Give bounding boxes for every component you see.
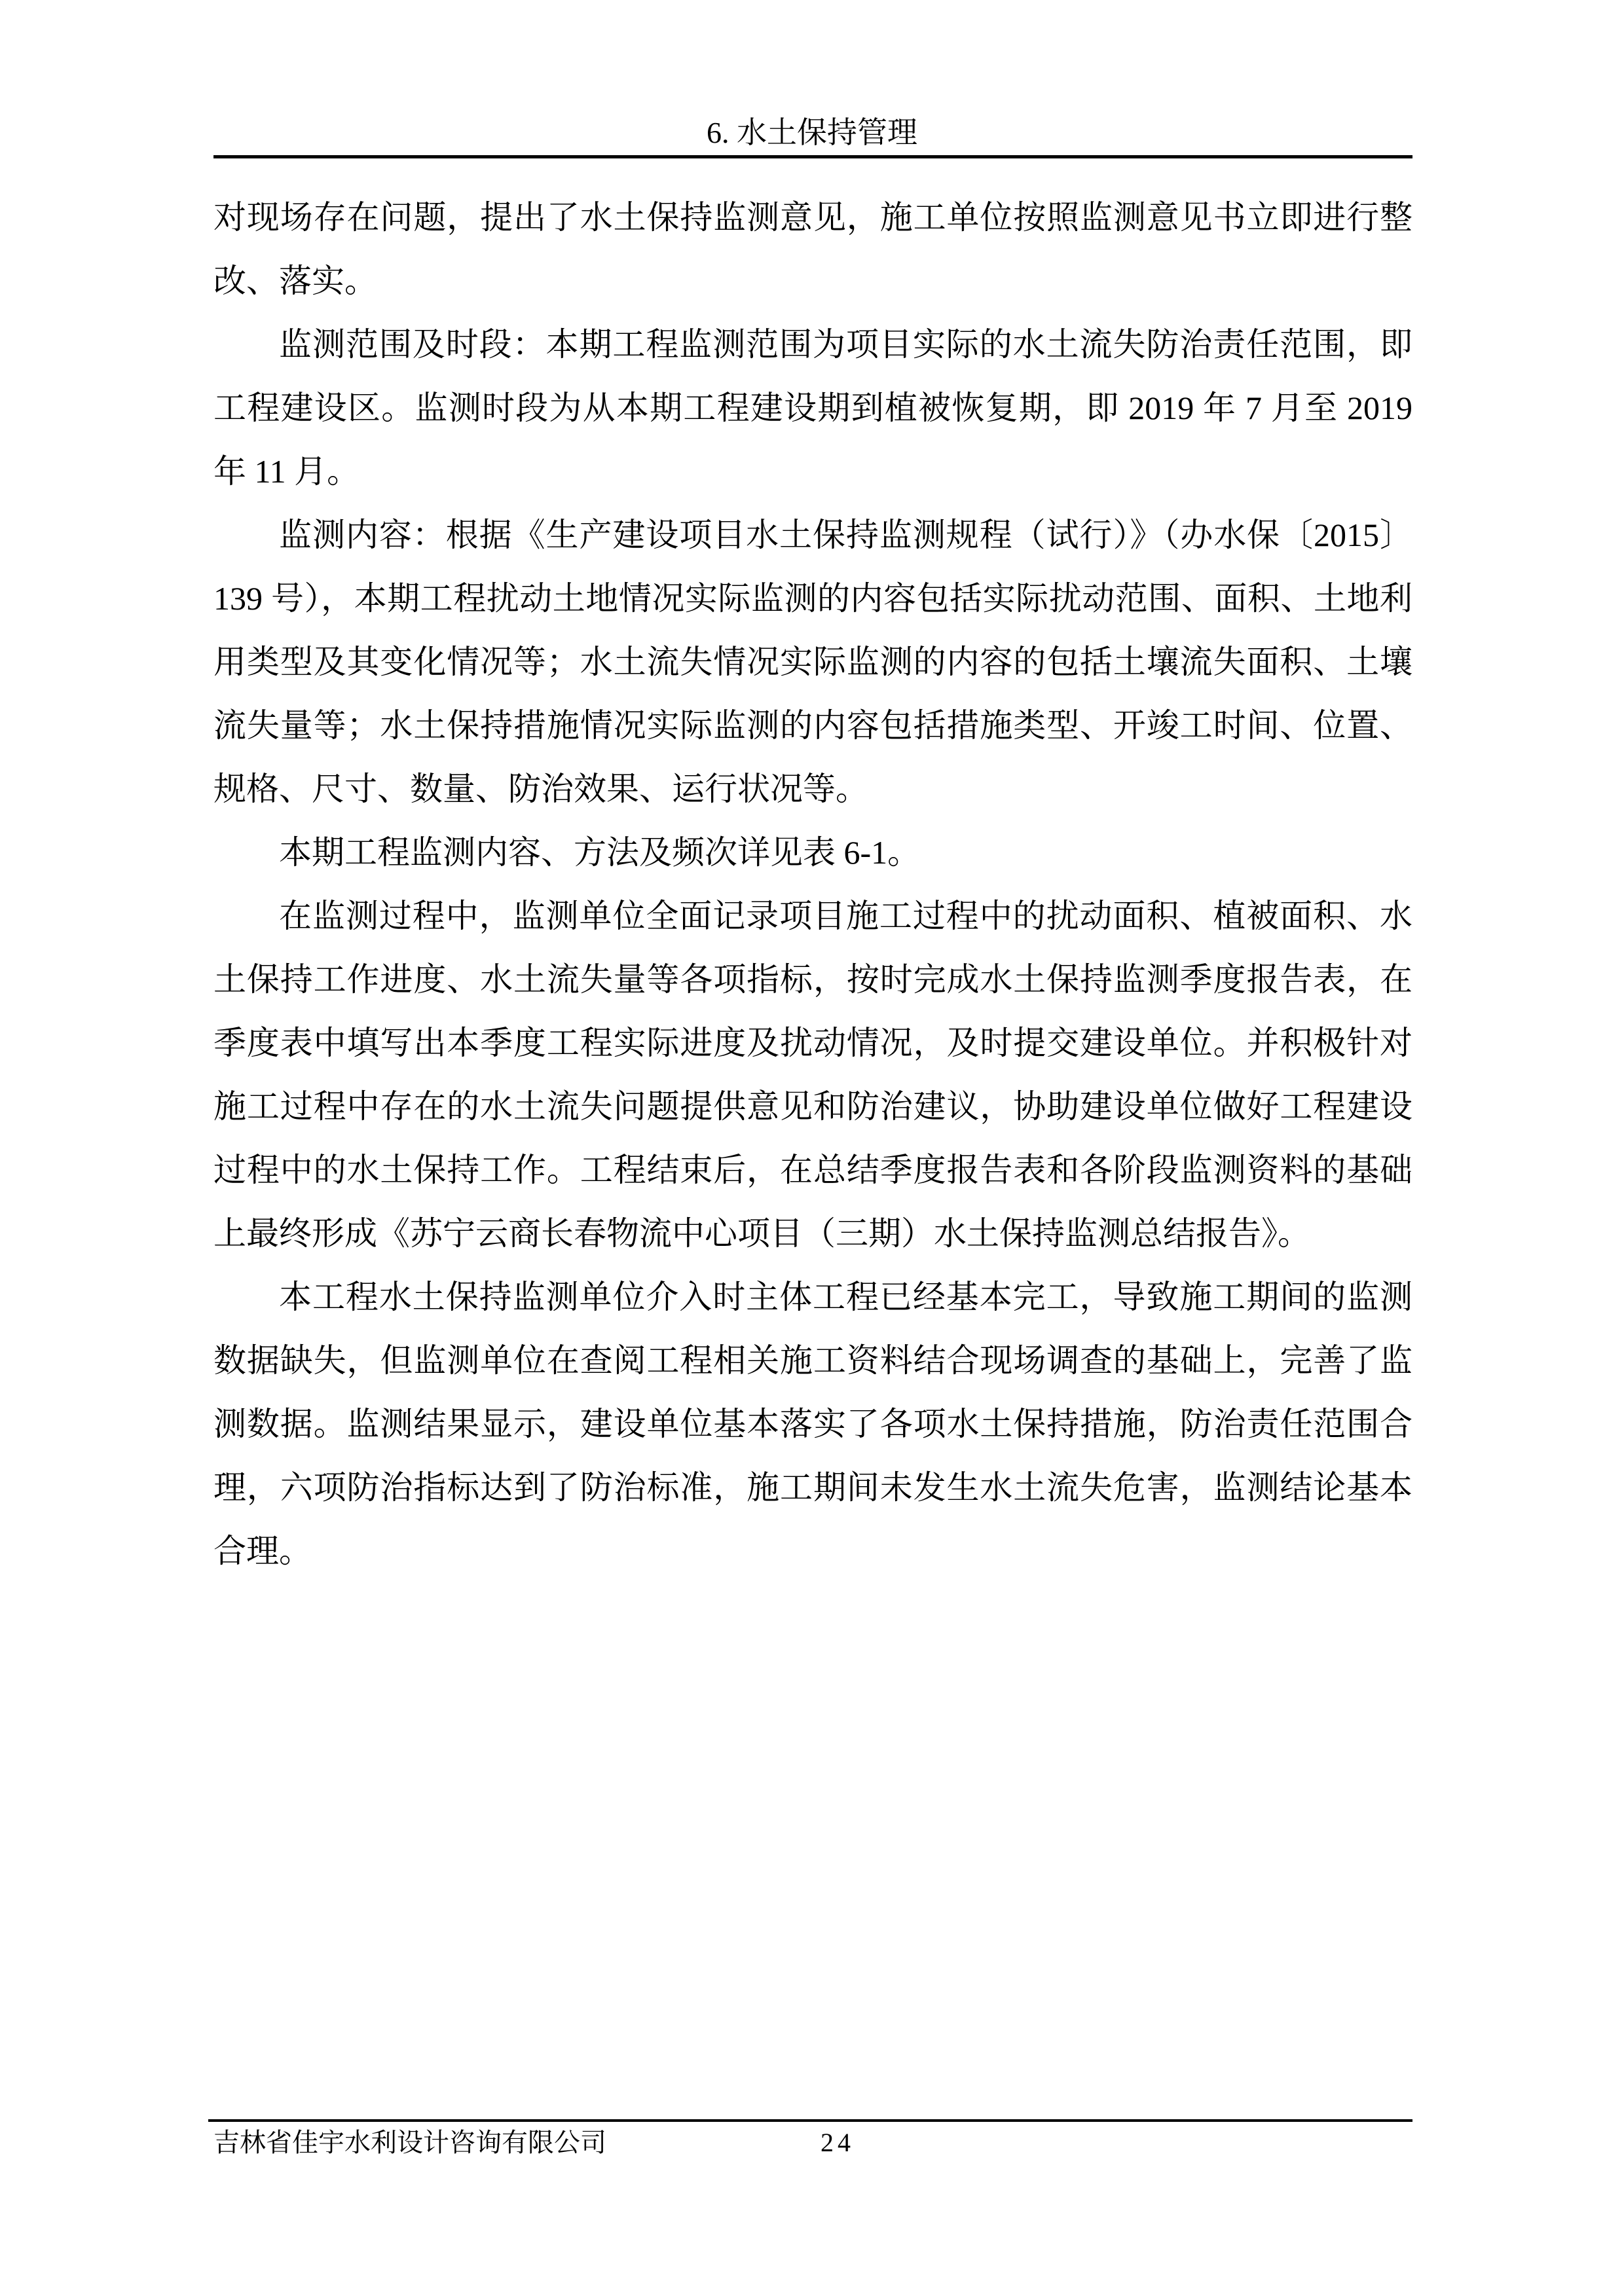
body-line: 本工程水土保持监测单位介入时主体工程已经基本完工，导致施工期间的监测 <box>213 1266 1412 1329</box>
document-page: 6. 水土保持管理 对现场存在问题，提出了水土保持监测意见，施工单位按照监测意见… <box>0 0 1624 2296</box>
page-header-title: 6. 水土保持管理 <box>0 117 1624 149</box>
body-line: 过程中的水土保持工作。工程结束后，在总结季度报告表和各阶段监测资料的基础 <box>213 1139 1412 1202</box>
body-line: 数据缺失，但监测单位在查阅工程相关施工资料结合现场调查的基础上，完善了监 <box>213 1329 1412 1393</box>
footer-company: 吉林省佳宇水利设计咨询有限公司 <box>213 2128 606 2158</box>
body-line: 用类型及其变化情况等；水土流失情况实际监测的内容的包括土壤流失面积、土壤 <box>213 630 1412 694</box>
body-line: 施工过程中存在的水土流失问题提供意见和防治建议，协助建设单位做好工程建设 <box>213 1075 1412 1139</box>
body-line: 理，六项防治指标达到了防治标准，施工期间未发生水土流失危害，监测结论基本 <box>213 1456 1412 1520</box>
document-body: 对现场存在问题，提出了水土保持监测意见，施工单位按照监测意见书立即进行整 改、落… <box>213 186 1412 1583</box>
body-line: 土保持工作进度、水土流失量等各项指标，按时完成水土保持监测季度报告表，在 <box>213 948 1412 1011</box>
body-line: 本期工程监测内容、方法及频次详见表 6-1。 <box>213 821 1412 884</box>
body-line: 改、落实。 <box>213 249 1412 313</box>
header-rule <box>213 155 1412 158</box>
body-line: 年 11 月。 <box>213 440 1412 503</box>
body-line: 规格、尺寸、数量、防治效果、运行状况等。 <box>213 757 1412 821</box>
body-line: 合理。 <box>213 1520 1412 1583</box>
body-line: 139 号），本期工程扰动土地情况实际监测的内容包括实际扰动范围、面积、土地利 <box>213 567 1412 630</box>
body-line: 监测范围及时段：本期工程监测范围为项目实际的水土流失防治责任范围，即 <box>213 313 1412 376</box>
body-line: 季度表中填写出本季度工程实际进度及扰动情况，及时提交建设单位。并积极针对 <box>213 1011 1412 1075</box>
footer-rule <box>208 2119 1412 2122</box>
body-line: 流失量等；水土保持措施情况实际监测的内容包括措施类型、开竣工时间、位置、 <box>213 694 1412 757</box>
body-line: 上最终形成《苏宁云商长春物流中心项目（三期）水土保持监测总结报告》。 <box>213 1202 1412 1266</box>
body-line: 工程建设区。监测时段为从本期工程建设期到植被恢复期，即 2019 年 7 月至 … <box>213 376 1412 440</box>
body-line: 对现场存在问题，提出了水土保持监测意见，施工单位按照监测意见书立即进行整 <box>213 186 1412 249</box>
body-line: 测数据。监测结果显示，建设单位基本落实了各项水土保持措施，防治责任范围合 <box>213 1393 1412 1456</box>
body-line: 在监测过程中，监测单位全面记录项目施工过程中的扰动面积、植被面积、水 <box>213 884 1412 948</box>
body-line: 监测内容：根据《生产建设项目水土保持监测规程（试行）》（办水保〔2015〕 <box>213 503 1412 567</box>
footer-page-number: 24 <box>821 2128 855 2158</box>
